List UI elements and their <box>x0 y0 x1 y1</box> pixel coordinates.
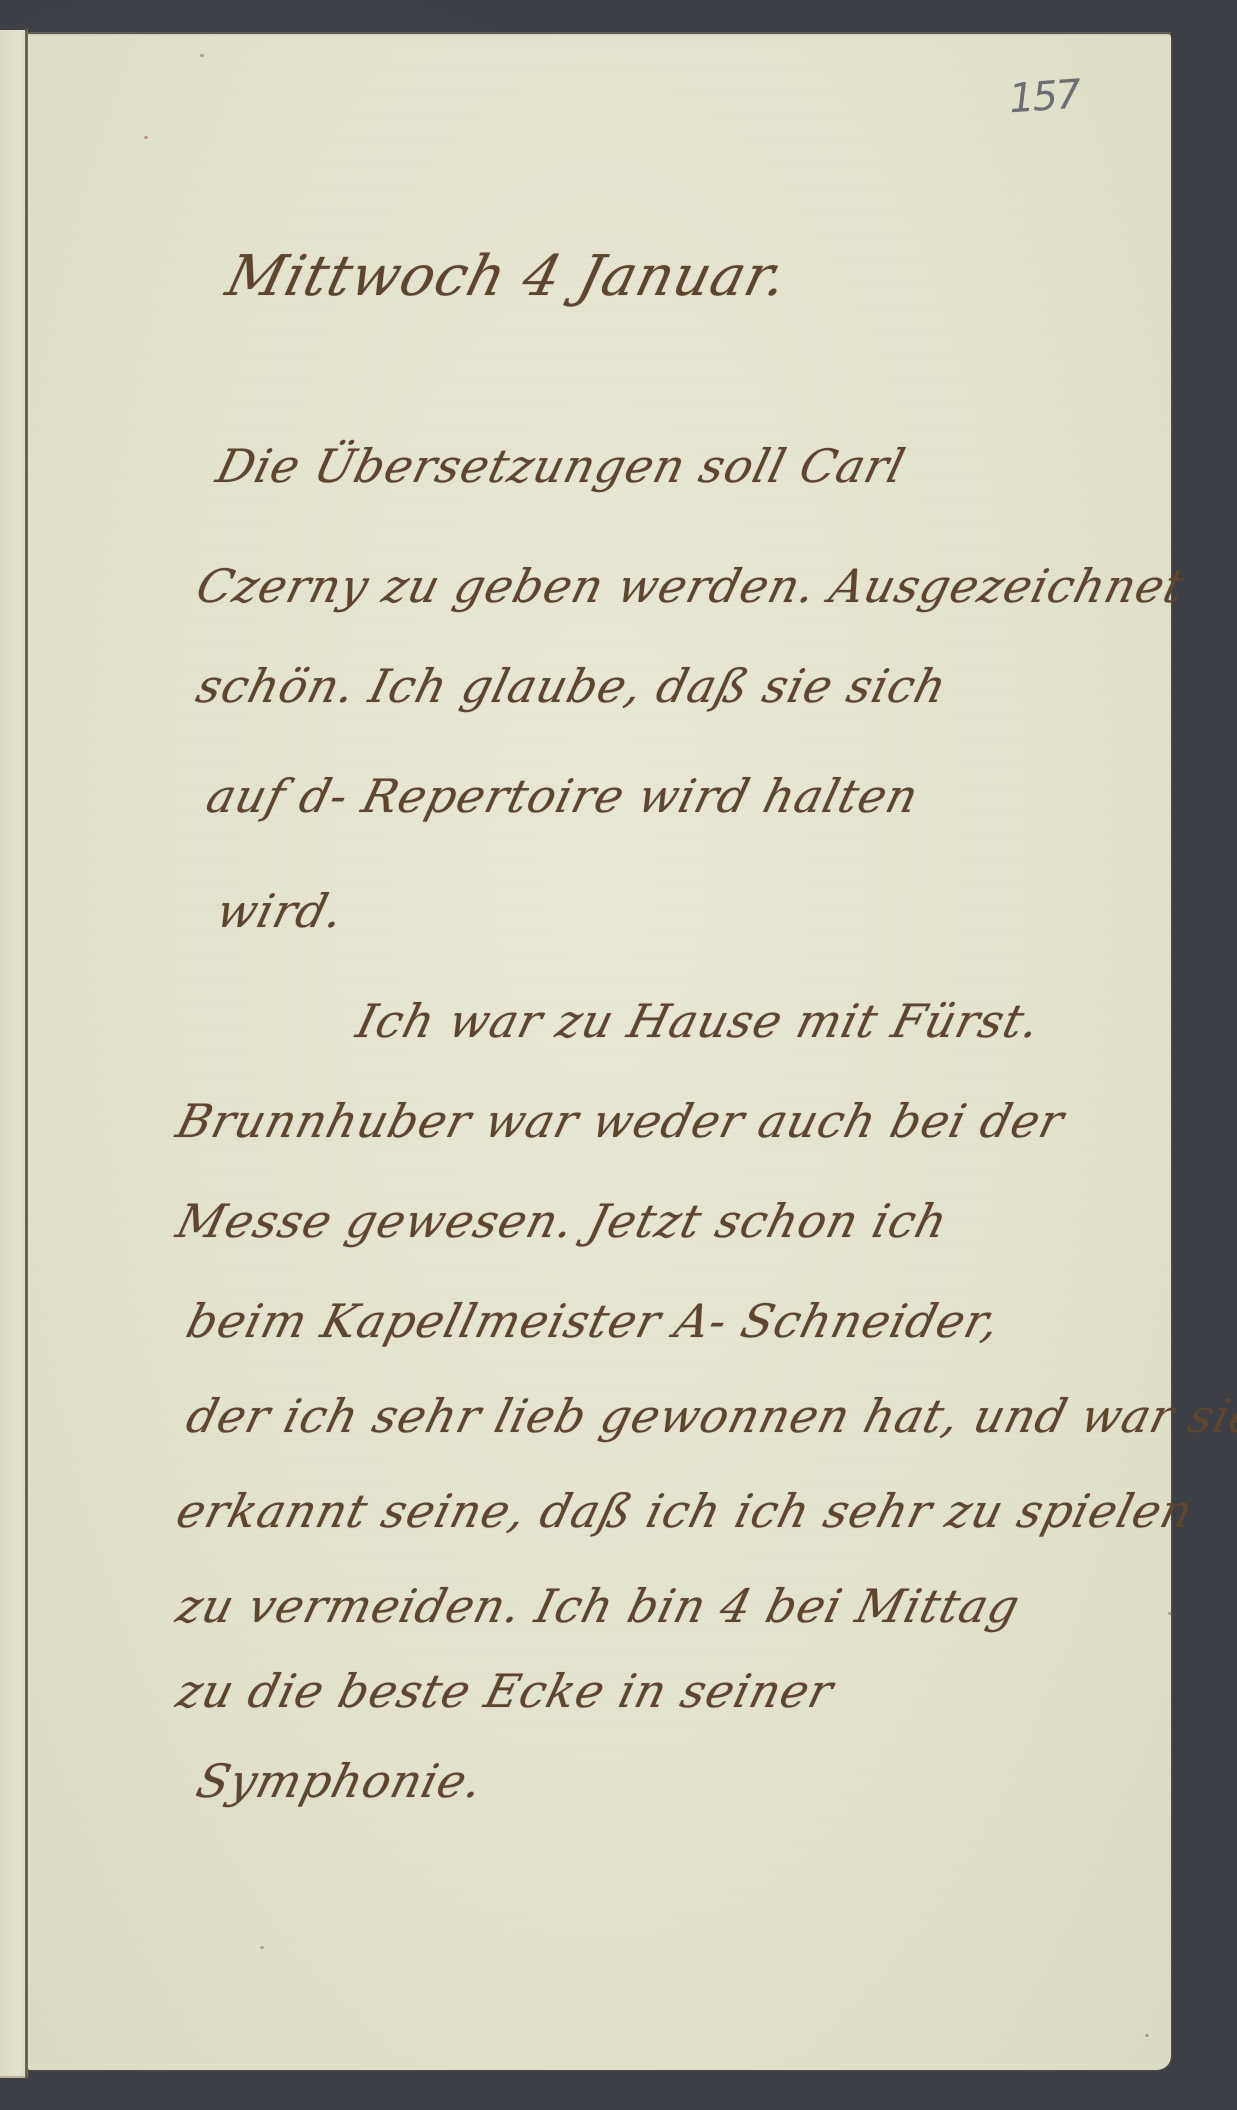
diary-entry: Mittwoch 4 Januar. Die Übersetzungen sol… <box>28 34 1171 2070</box>
page-top-edge <box>28 32 1171 36</box>
text-line: wird. <box>211 884 350 938</box>
text-line: Czerny zu geben werden. Ausgezeichnet <box>191 559 1191 613</box>
entry-heading: Mittwoch 4 Januar. <box>220 244 795 309</box>
text-line: Ich war zu Hause mit Fürst. <box>351 994 1046 1048</box>
paper-speck <box>144 136 148 139</box>
text-line: zu vermeiden. Ich bin 4 bei Mittag <box>171 1579 1025 1633</box>
verso-page-edge <box>0 30 28 2078</box>
manuscript-page: 157 Mittwoch 4 Januar. Die Übersetzungen… <box>28 34 1171 2070</box>
text-line: der ich sehr lieb gewonnen hat, und war … <box>181 1389 1237 1443</box>
manuscript-scan: 157 Mittwoch 4 Januar. Die Übersetzungen… <box>0 0 1237 2110</box>
paper-speck <box>200 54 204 57</box>
text-line: auf d- Repertoire wird halten <box>201 769 924 823</box>
text-line: Symphonie. <box>191 1754 489 1808</box>
text-line: beim Kapellmeister A- Schneider, <box>181 1294 1006 1348</box>
paper-speck <box>1168 1612 1172 1615</box>
paper-speck <box>1145 2034 1149 2037</box>
book-gutter <box>25 28 28 2078</box>
paper-speck <box>260 1946 264 1949</box>
text-line: schön. Ich glaube, daß sie sich <box>191 659 952 713</box>
text-line: Die Übersetzungen soll Carl <box>211 439 911 493</box>
text-line: Messe gewesen. Jetzt schon ich <box>171 1194 953 1248</box>
text-line: erkannt seine, daß ich ich sehr zu spiel… <box>171 1484 1199 1538</box>
text-line: zu die beste Ecke in seiner <box>171 1664 839 1718</box>
text-line: Brunnhuber war weder auch bei der <box>171 1094 1070 1148</box>
